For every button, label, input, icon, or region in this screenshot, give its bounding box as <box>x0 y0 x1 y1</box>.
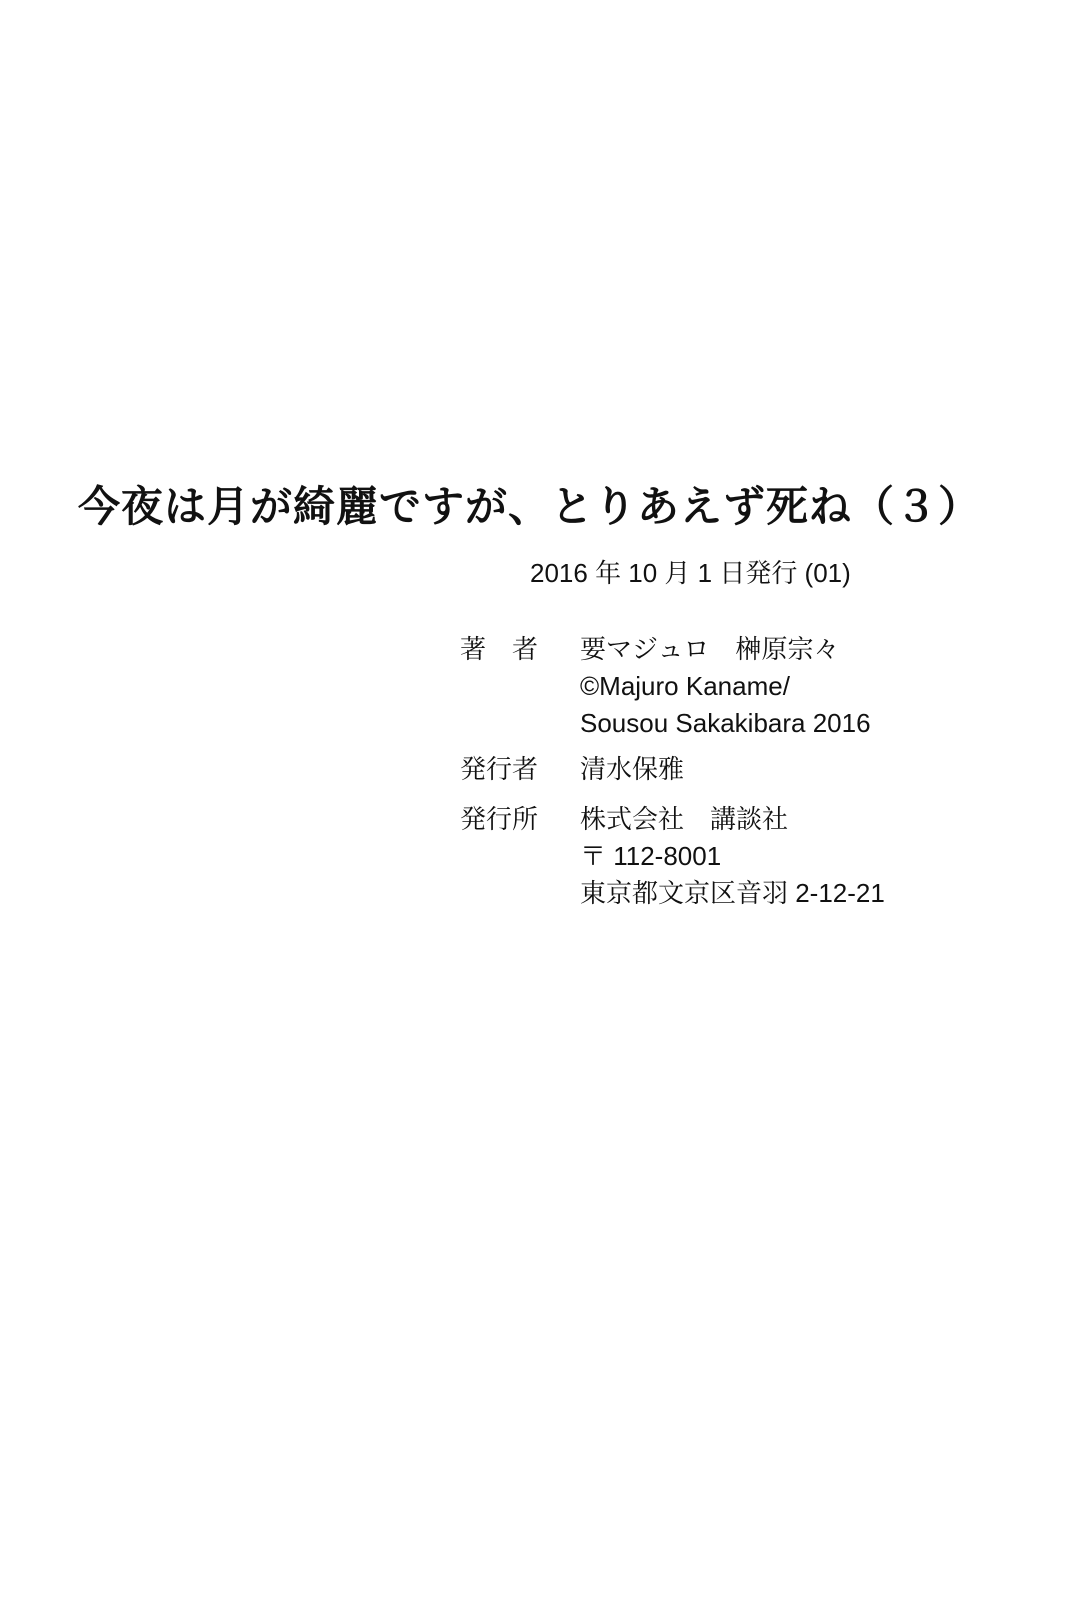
author-names: 要マジュロ 榊原宗々 <box>580 631 871 668</box>
publication-info: 著 者 要マジュロ 榊原宗々 ©Majuro Kaname/ Sousou Sa… <box>460 631 885 912</box>
publisher-values: 清水保雅 <box>580 751 684 788</box>
issue-date: 2016 年 10 月 1 日発行 (01) <box>530 553 851 590</box>
colophon-page: 今夜は月が綺麗ですが、とりあえず死ね（３） 2016 年 10 月 1 日発行 … <box>0 0 1070 1600</box>
publisher-label: 発行者 <box>460 751 540 788</box>
address: 東京都文京区音羽 2-12-21 <box>580 875 885 912</box>
publishing-house-row: 発行所 株式会社 講談社 〒 112-8001 東京都文京区音羽 2-12-21 <box>460 801 885 912</box>
publishing-house-label: 発行所 <box>460 801 540 838</box>
publishing-house-name: 株式会社 講談社 <box>580 801 885 838</box>
copyright-line-2: Sousou Sakakibara 2016 <box>580 705 871 742</box>
postal-code: 〒 112-8001 <box>580 838 885 875</box>
copyright-line-1: ©Majuro Kaname/ <box>580 668 871 705</box>
publishing-house-values: 株式会社 講談社 〒 112-8001 東京都文京区音羽 2-12-21 <box>580 801 885 912</box>
publisher-row: 発行者 清水保雅 <box>460 751 885 788</box>
publisher-name: 清水保雅 <box>580 751 684 788</box>
book-title: 今夜は月が綺麗ですが、とりあえず死ね（３） <box>78 474 981 534</box>
author-values: 要マジュロ 榊原宗々 ©Majuro Kaname/ Sousou Sakaki… <box>580 631 871 742</box>
author-row: 著 者 要マジュロ 榊原宗々 ©Majuro Kaname/ Sousou Sa… <box>460 631 885 742</box>
author-label: 著 者 <box>460 631 540 668</box>
